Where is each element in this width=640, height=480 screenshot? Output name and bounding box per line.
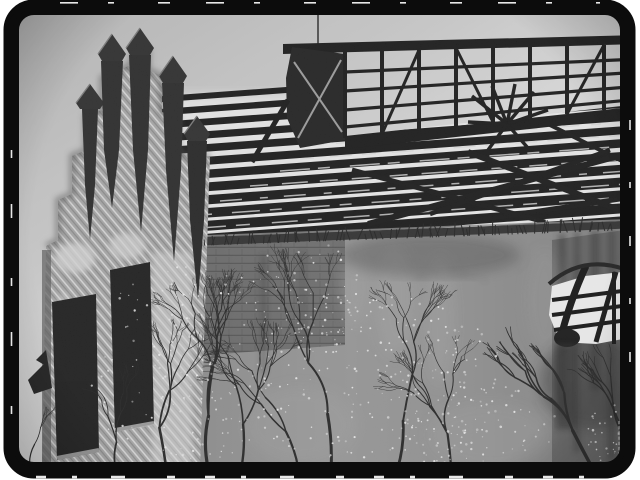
framed-photo xyxy=(0,0,640,480)
vignette xyxy=(13,9,625,468)
photograph xyxy=(13,9,640,480)
